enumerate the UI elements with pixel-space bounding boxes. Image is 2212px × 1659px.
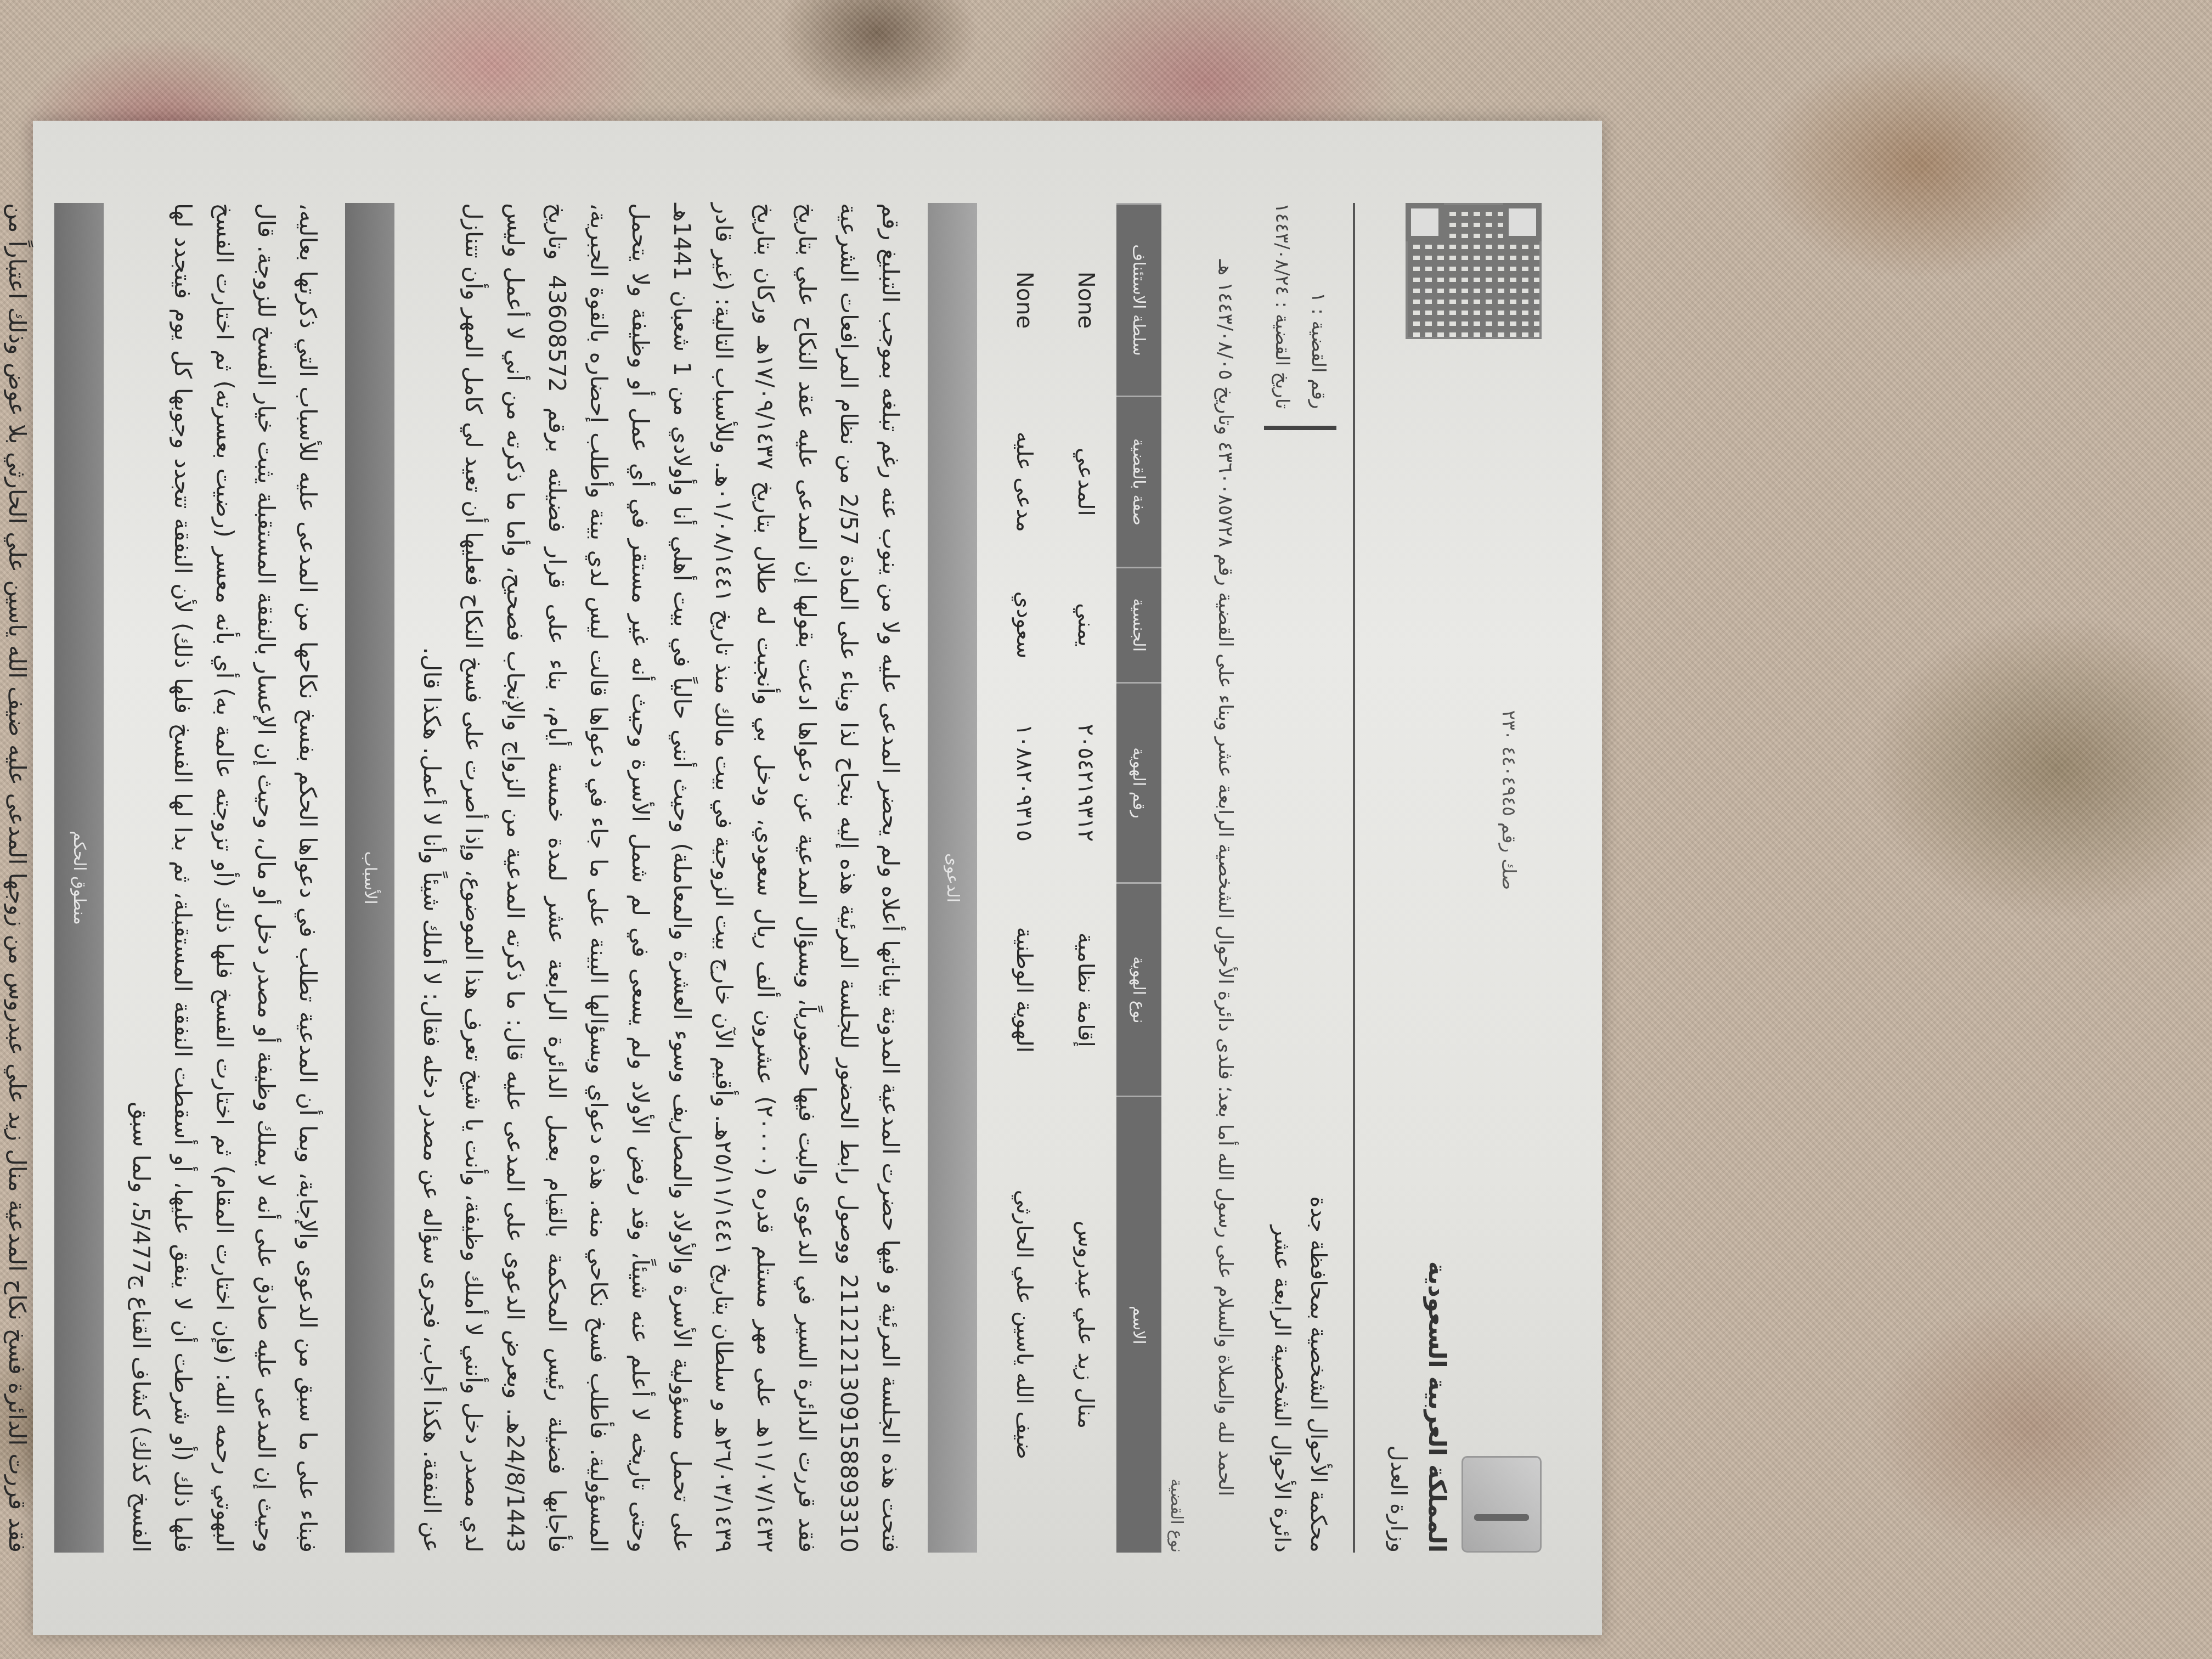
- party-role: المدعي: [1055, 397, 1116, 568]
- pleadings-text: فتحت هذه الجلسة المرئية و فيها حضرت المد…: [411, 203, 911, 1553]
- court-name: محكمة الأحوال الشخصية بمحافظة جدة: [1300, 1196, 1336, 1553]
- party-id-number: ٢٠٥٤٢١٩٣١٢: [1055, 682, 1116, 883]
- country-name: المملكة العربية السعودية: [1418, 1261, 1456, 1553]
- header-appeal-authority: سلطة الاستئناف: [1116, 204, 1161, 397]
- header-id-number: رقم الهوية: [1116, 682, 1161, 883]
- party-name: منال زيد علي عبدروس: [1055, 1097, 1116, 1553]
- ruling-section-bar: منطوق الحكم: [54, 203, 104, 1553]
- party-nationality: يمني: [1055, 567, 1116, 682]
- case-meta: رقم القضية : ١ تاريخ القضية : ١٤٤٣/٠٨/٢٤: [1264, 203, 1336, 430]
- letterhead: المملكة العربية السعودية وزارة العدل صك …: [1361, 203, 1542, 1553]
- table-row: منال زيد علي عبدروس إقامة نظامية ٢٠٥٤٢١٩…: [1055, 204, 1116, 1553]
- reasons-text: فبناء على ما سبق من الدعوى والإجابة، وبم…: [120, 203, 329, 1553]
- case-date: ١٤٤٣/٠٨/٢٤: [1271, 203, 1293, 296]
- emblem-icon: [1462, 1456, 1542, 1553]
- document-photo: المملكة العربية السعودية وزارة العدل صك …: [22, 104, 1613, 1651]
- header-id-type: نوع الهوية: [1116, 883, 1161, 1097]
- pleadings-section-bar: الدعوى: [928, 203, 977, 1553]
- issuer-block: المملكة العربية السعودية وزارة العدل: [1379, 1261, 1542, 1553]
- party-id-type: الهوية الوطنية: [994, 883, 1055, 1097]
- qr-code-icon: [1406, 203, 1542, 339]
- instrument-number: ٤٤٠٤٩٤٥ ٢٣٠: [1498, 710, 1520, 816]
- case-type-label: نوع القضية: [1167, 203, 1186, 1553]
- court-info-row: محكمة الأحوال الشخصية بمحافظة جدة دائرة …: [1264, 203, 1336, 1553]
- party-appeal-authority: None: [1055, 204, 1116, 397]
- ministry-name: وزارة العدل: [1379, 1261, 1418, 1553]
- party-role: مدعى عليه: [994, 397, 1055, 568]
- case-date-label: تاريخ القضية: [1271, 314, 1293, 409]
- case-number: ١: [1307, 292, 1329, 302]
- party-id-number: ١٠٨٨٢٠٩٣١٥: [994, 682, 1055, 883]
- reasons-section-bar: الأسباب: [345, 203, 394, 1553]
- parties-table: الاسم نوع الهوية رقم الهوية الجنسية صفة …: [994, 203, 1161, 1553]
- party-id-type: إقامة نظامية: [1055, 883, 1116, 1097]
- party-appeal-authority: None: [994, 204, 1055, 397]
- header-name: الاسم: [1116, 1097, 1161, 1553]
- party-nationality: سعودي: [994, 567, 1055, 682]
- ruling-text: فقد قررت الدائرة فسخ نكاح المدعية منال ز…: [0, 203, 38, 1553]
- parties-header-row: الاسم نوع الهوية رقم الهوية الجنسية صفة …: [1116, 204, 1161, 1553]
- circuit-name: دائرة الأحوال الشخصية الرابعة عشر: [1264, 1196, 1300, 1553]
- party-name: ضيف الله ياسين علي الحارثي: [994, 1097, 1055, 1553]
- case-number-label: رقم القضية: [1307, 320, 1329, 409]
- header-role: صفة بالقضية: [1116, 397, 1161, 568]
- intro-text: الحمد لله والصلاة والسلام على رسول الله …: [1208, 203, 1242, 1553]
- court-names: محكمة الأحوال الشخصية بمحافظة جدة دائرة …: [1264, 1196, 1336, 1553]
- header-nationality: الجنسية: [1116, 567, 1161, 682]
- instrument-number-block: صك رقم ٤٤٠٤٩٤٥ ٢٣٠: [1492, 710, 1542, 890]
- table-row: ضيف الله ياسين علي الحارثي الهوية الوطني…: [994, 204, 1055, 1553]
- instrument-number-label: صك رقم: [1498, 822, 1520, 890]
- header-divider: [1353, 203, 1355, 1553]
- court-ruling-page: المملكة العربية السعودية وزارة العدل صك …: [33, 121, 1602, 1635]
